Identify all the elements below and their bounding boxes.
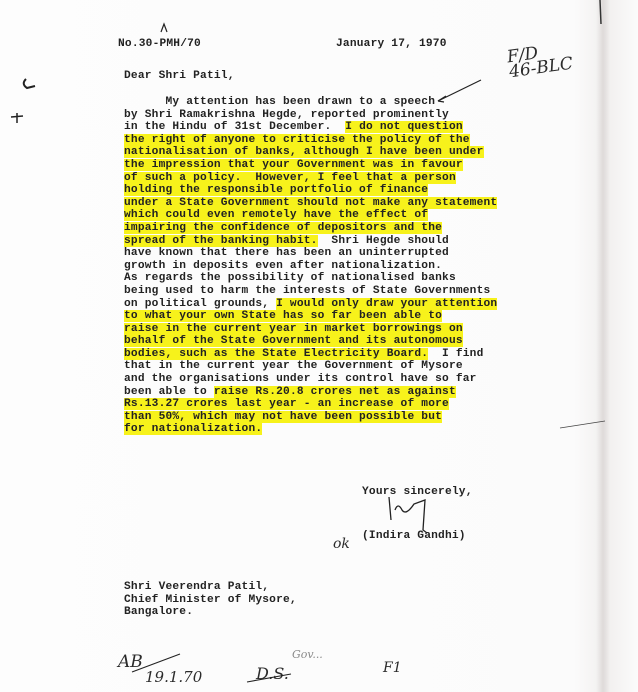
handwritten-file-note: F/D 46-BLC — [506, 42, 574, 81]
body-line: nationalisation of banks, although I hav… — [124, 146, 497, 159]
highlighted-text: than 50%, which may not have been possib… — [124, 411, 442, 423]
body-line: under a State Government should not make… — [124, 197, 497, 210]
body-line: bodies, such as the State Electricity Bo… — [124, 348, 497, 361]
highlighted-text: raise Rs.20.8 crores net as against — [214, 386, 456, 398]
body-text-segment: have known that there has been an uninte… — [124, 247, 449, 259]
body-line: by Shri Ramakrishna Hegde, reported prom… — [124, 109, 497, 122]
highlighted-text: under a State Government should not make… — [124, 197, 497, 209]
body-text-segment: being used to harm the interests of Stat… — [124, 285, 490, 297]
body-text-segment: I find — [428, 348, 483, 360]
body-line: which could even remotely have the effec… — [124, 209, 497, 222]
body-line: for nationalization. — [124, 423, 497, 436]
addressee-block: Shri Veerendra Patil,Chief Minister of M… — [124, 581, 297, 619]
body-line: raise in the current year in market borr… — [124, 323, 497, 336]
body-line: behalf of the State Government and its a… — [124, 335, 497, 348]
body-line: on political grounds, I would only draw … — [124, 298, 497, 311]
highlighted-text: for nationalization. — [124, 423, 262, 435]
body-line: As regards the possibility of nationalis… — [124, 272, 497, 285]
highlighted-text: raise in the current year in market borr… — [124, 323, 463, 335]
scanned-letter-page: No.30-PMH/70 January 17, 1970 Dear Shri … — [0, 0, 638, 692]
highlighted-text: which could even remotely have the effec… — [124, 209, 428, 221]
highlighted-text: impairing the confidence of depositors a… — [124, 222, 442, 234]
handwritten-faint-note: Gov... — [292, 648, 323, 661]
highlighted-text: bodies, such as the State Electricity Bo… — [124, 348, 428, 360]
body-line: impairing the confidence of depositors a… — [124, 222, 497, 235]
letter-body: My attention has been drawn to a speechb… — [124, 96, 497, 436]
body-text-segment: in the Hindu of 31st December. — [124, 121, 345, 133]
body-line: the right of anyone to criticise the pol… — [124, 134, 497, 147]
addressee-line: Shri Veerendra Patil, — [124, 581, 297, 594]
body-line: been able to raise Rs.20.8 crores net as… — [124, 386, 497, 399]
body-text-segment: Shri Hegde should — [318, 235, 449, 247]
salutation: Dear Shri Patil, — [124, 70, 235, 83]
highlighted-text: spread of the banking habit. — [124, 235, 318, 247]
signatory-name: (Indira Gandhi) — [362, 530, 466, 543]
body-text-segment: As regards the possibility of nationalis… — [124, 272, 456, 284]
body-line: have known that there has been an uninte… — [124, 247, 497, 260]
body-line: growth in deposits even after nationaliz… — [124, 260, 497, 273]
page-binding-shadow — [596, 0, 610, 692]
highlighted-text: the right of anyone to criticise the pol… — [124, 134, 470, 146]
body-text-segment: that in the current year the Government … — [124, 360, 463, 372]
closing: Yours sincerely, — [362, 486, 473, 499]
body-line: that in the current year the Government … — [124, 360, 497, 373]
handwritten-ok-mark: ok — [333, 536, 350, 552]
body-text-segment: and the organisations under its control … — [124, 373, 477, 385]
body-text-segment: by Shri Ramakrishna Hegde, reported prom… — [124, 109, 449, 121]
body-text-segment: My attention has been drawn to a speech — [124, 96, 435, 108]
body-line: holding the responsible portfolio of fin… — [124, 184, 497, 197]
addressee-line: Bangalore. — [124, 606, 297, 619]
body-line: than 50%, which may not have been possib… — [124, 411, 497, 424]
body-text-segment: been able to — [124, 386, 214, 398]
body-line: of such a policy. However, I feel that a… — [124, 172, 497, 185]
handwritten-initials: AB — [118, 652, 143, 672]
body-line: being used to harm the interests of Stat… — [124, 285, 497, 298]
reference-number: No.30-PMH/70 — [118, 38, 201, 51]
body-line: in the Hindu of 31st December. I do not … — [124, 121, 497, 134]
handwritten-date: 19.1.70 — [145, 668, 202, 686]
highlighted-text: behalf of the State Government and its a… — [124, 335, 463, 347]
highlighted-text: I would only draw your attention — [276, 298, 497, 310]
highlighted-text: of such a policy. However, I feel that a… — [124, 172, 456, 184]
body-line: and the organisations under its control … — [124, 373, 497, 386]
handwritten-ds: D.S. — [256, 664, 289, 683]
body-text-segment: on political grounds, — [124, 298, 276, 310]
letter-date: January 17, 1970 — [336, 38, 447, 51]
body-line: the impression that your Government was … — [124, 159, 497, 172]
addressee-line: Chief Minister of Mysore, — [124, 594, 297, 607]
highlighted-text: nationalisation of banks, although I hav… — [124, 146, 484, 158]
highlighted-text: the impression that your Government was … — [124, 159, 463, 171]
body-text-segment: growth in deposits even after nationaliz… — [124, 260, 442, 272]
body-line: to what your own State has so far been a… — [124, 310, 497, 323]
body-line: My attention has been drawn to a speech — [124, 96, 497, 109]
handwritten-f1: F1 — [383, 660, 402, 676]
highlighted-text: Rs.13.27 crores last year - an increase … — [124, 398, 449, 410]
body-line: spread of the banking habit. Shri Hegde … — [124, 235, 497, 248]
highlighted-text: to what your own State has so far been a… — [124, 310, 442, 322]
highlighted-text: holding the responsible portfolio of fin… — [124, 184, 428, 196]
highlighted-text: I do not question — [345, 121, 463, 133]
body-line: Rs.13.27 crores last year - an increase … — [124, 398, 497, 411]
